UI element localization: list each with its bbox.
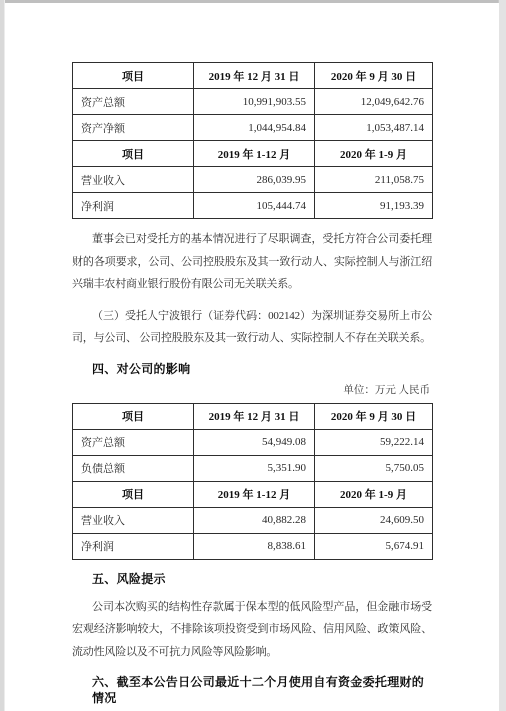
document-content: 项目 2019 年 12 月 31 日 2020 年 9 月 30 日 资产总额… [72, 62, 432, 706]
section-heading-risk: 五、风险提示 [92, 571, 432, 587]
value-2020: 24,609.50 [315, 507, 433, 533]
value-2019: 286,039.95 [194, 167, 315, 193]
header-cell-date-2020: 2020 年 9 月 30 日 [315, 63, 433, 89]
value-2019: 105,444.74 [194, 193, 315, 219]
header-cell-item: 项目 [73, 141, 194, 167]
document-page: 项目 2019 年 12 月 31 日 2020 年 9 月 30 日 资产总额… [5, 3, 499, 711]
income-header-row: 项目 2019 年 1-12 月 2020 年 1-9 月 [73, 141, 433, 167]
value-2020: 211,058.75 [315, 167, 433, 193]
row-label: 营业收入 [73, 507, 194, 533]
table-row-revenue: 营业收入 40,882.28 24,609.50 [73, 507, 433, 533]
row-label: 净利润 [73, 193, 194, 219]
balance-header-row: 项目 2019 年 12 月 31 日 2020 年 9 月 30 日 [73, 403, 433, 429]
table-row-total-liabilities: 负债总额 5,351.90 5,750.05 [73, 455, 433, 481]
row-label: 资产总额 [73, 429, 194, 455]
row-label: 净利润 [73, 533, 194, 559]
row-label: 资产总额 [73, 89, 194, 115]
header-cell-period-2019: 2019 年 1-12 月 [194, 141, 315, 167]
table-row-total-assets: 资产总额 10,991,903.55 12,049,642.76 [73, 89, 433, 115]
section-heading-impact: 四、对公司的影响 [92, 361, 432, 377]
value-2019: 5,351.90 [194, 455, 315, 481]
value-2019: 54,949.08 [194, 429, 315, 455]
section-heading-entrusted-wealth: 六、截至本公告日公司最近十二个月使用自有资金委托理财的情况 [92, 674, 432, 706]
value-2020: 12,049,642.76 [315, 89, 433, 115]
table-row-net-assets: 资产净额 1,044,954.84 1,053,487.14 [73, 115, 433, 141]
counterparty-financials-table: 项目 2019 年 12 月 31 日 2020 年 9 月 30 日 资产总额… [72, 62, 433, 219]
header-cell-period-2020: 2020 年 1-9 月 [315, 481, 433, 507]
unit-note: 单位：万元 人民币 [72, 384, 430, 398]
page-edge-right [498, 0, 506, 711]
balance-header-row: 项目 2019 年 12 月 31 日 2020 年 9 月 30 日 [73, 63, 433, 89]
paragraph-trustee-ningbo: （三）受托人宁波银行（证券代码：002142）为深圳证券交易所上市公司，与公司、… [72, 305, 432, 350]
row-label: 营业收入 [73, 167, 194, 193]
value-2020: 59,222.14 [315, 429, 433, 455]
header-cell-period-2020: 2020 年 1-9 月 [315, 141, 433, 167]
value-2019: 8,838.61 [194, 533, 315, 559]
header-cell-date-2019: 2019 年 12 月 31 日 [194, 403, 315, 429]
header-cell-item: 项目 [73, 481, 194, 507]
value-2019: 10,991,903.55 [194, 89, 315, 115]
header-cell-date-2020: 2020 年 9 月 30 日 [315, 403, 433, 429]
header-cell-item: 项目 [73, 403, 194, 429]
value-2020: 1,053,487.14 [315, 115, 433, 141]
value-2020: 91,193.39 [315, 193, 433, 219]
paragraph-risk: 公司本次购买的结构性存款属于保本型的低风险型产品，但金融市场受宏观经济影响较大，… [72, 596, 432, 664]
value-2020: 5,750.05 [315, 455, 433, 481]
row-label: 负债总额 [73, 455, 194, 481]
table-row-total-assets: 资产总额 54,949.08 59,222.14 [73, 429, 433, 455]
row-label: 资产净额 [73, 115, 194, 141]
table-row-net-profit: 净利润 105,444.74 91,193.39 [73, 193, 433, 219]
value-2019: 40,882.28 [194, 507, 315, 533]
header-cell-date-2019: 2019 年 12 月 31 日 [194, 63, 315, 89]
company-impact-table: 项目 2019 年 12 月 31 日 2020 年 9 月 30 日 资产总额… [72, 403, 433, 560]
header-cell-item: 项目 [73, 63, 194, 89]
income-header-row: 项目 2019 年 1-12 月 2020 年 1-9 月 [73, 481, 433, 507]
table-row-revenue: 营业收入 286,039.95 211,058.75 [73, 167, 433, 193]
header-cell-period-2019: 2019 年 1-12 月 [194, 481, 315, 507]
value-2020: 5,674.91 [315, 533, 433, 559]
table-row-net-profit: 净利润 8,838.61 5,674.91 [73, 533, 433, 559]
paragraph-due-diligence: 董事会已对受托方的基本情况进行了尽职调查，受托方符合公司委托理财的各项要求，公司… [72, 228, 432, 296]
value-2019: 1,044,954.84 [194, 115, 315, 141]
